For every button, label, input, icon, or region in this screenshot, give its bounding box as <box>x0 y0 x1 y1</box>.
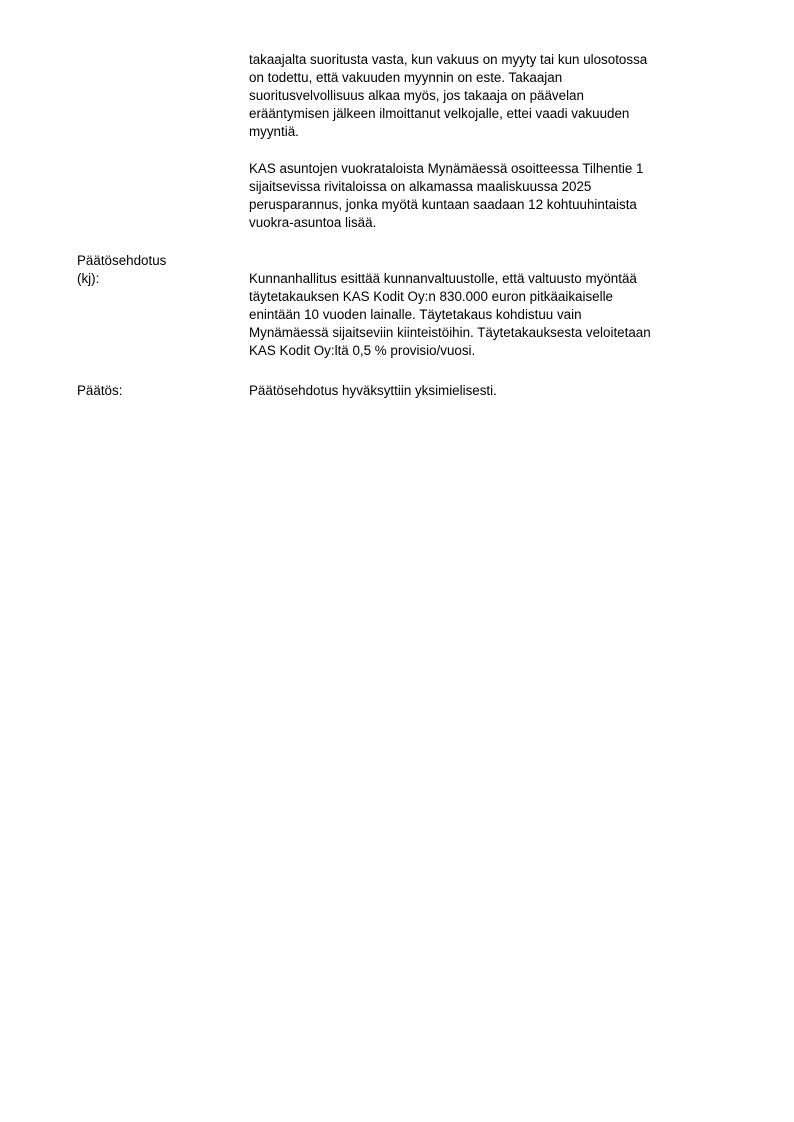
proposal-line: enintään 10 vuoden lainalle. Täytetakaus… <box>249 306 739 324</box>
paragraph-line: vuokra-asuntoa lisää. <box>249 214 739 232</box>
proposal-line: täytetakauksen KAS Kodit Oy:n 830.000 eu… <box>249 288 739 306</box>
proposal-label: Päätösehdotus (kj): <box>77 252 237 288</box>
proposal-line: Kunnanhallitus esittää kunnanvaltuustoll… <box>249 270 739 288</box>
proposal-label-line2: (kj): <box>77 270 237 288</box>
paragraph-line: erääntymisen jälkeen ilmoittanut velkoja… <box>249 105 739 123</box>
document-page: takaajalta suoritusta vasta, kun vakuus … <box>0 0 794 1122</box>
kas-paragraph: KAS asuntojen vuokrataloista Mynämäessä … <box>249 160 739 232</box>
continuation-paragraph: takaajalta suoritusta vasta, kun vakuus … <box>249 51 739 141</box>
proposal-label-line1: Päätösehdotus <box>77 252 237 270</box>
paragraph-line: sijaitsevissa rivitaloissa on alkamassa … <box>249 178 739 196</box>
proposal-line: Mynämäessä sijaitseviin kiinteistöihin. … <box>249 324 739 342</box>
proposal-text: Kunnanhallitus esittää kunnanvaltuustoll… <box>249 270 739 360</box>
decision-text: Päätösehdotus hyväksyttiin yksimielisest… <box>249 382 739 400</box>
paragraph-line: myyntiä. <box>249 123 739 141</box>
decision-label-text: Päätös: <box>77 382 237 400</box>
paragraph-line: KAS asuntojen vuokrataloista Mynämäessä … <box>249 160 739 178</box>
paragraph-line: suoritusvelvollisuus alkaa myös, jos tak… <box>249 87 739 105</box>
paragraph-line: takaajalta suoritusta vasta, kun vakuus … <box>249 51 739 69</box>
proposal-line: KAS Kodit Oy:ltä 0,5 % provisio/vuosi. <box>249 342 739 360</box>
decision-line: Päätösehdotus hyväksyttiin yksimielisest… <box>249 382 739 400</box>
paragraph-line: perusparannus, jonka myötä kuntaan saada… <box>249 196 739 214</box>
decision-label: Päätös: <box>77 382 237 400</box>
paragraph-line: on todettu, että vakuuden myynnin on est… <box>249 69 739 87</box>
